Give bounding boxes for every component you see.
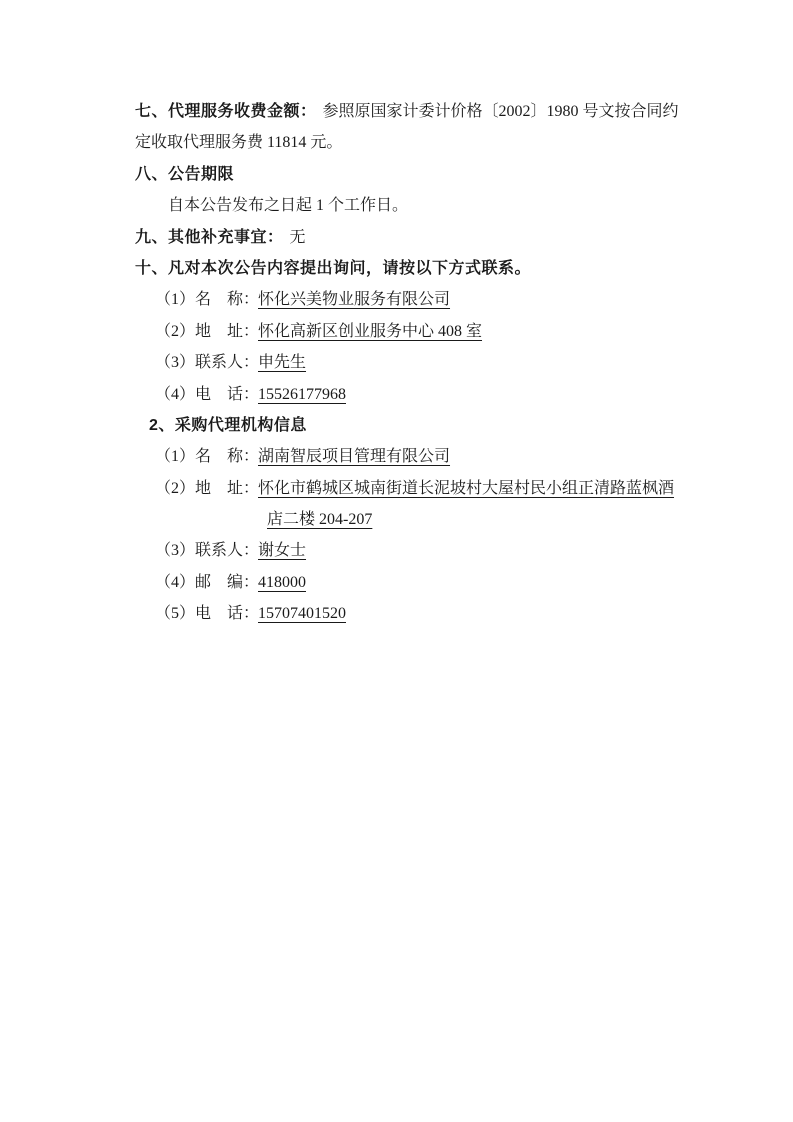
agency-item-name: （1）名 称：湖南智辰项目管理有限公司 <box>135 441 715 472</box>
agency-item-zipcode-label: （4）邮 编： <box>155 567 258 598</box>
agency-item-contact-value: 谢女士 <box>258 542 306 559</box>
purchaser-item-contact-label: （3）联系人： <box>155 347 258 378</box>
section7-line2: 定收取代理服务费 11814 元。 <box>135 127 715 158</box>
section7-heading: 七、代理服务收费金额： <box>135 103 317 120</box>
section8-body-line: 自本公告发布之日起 1 个工作日。 <box>135 190 715 221</box>
agency-item-name-value: 湖南智辰项目管理有限公司 <box>258 448 450 465</box>
agency-item-address-value-line1: 怀化市鹤城区城南街道长泥坡村大屋村民小组正清路蓝枫酒 <box>258 480 674 497</box>
agency-item-phone: （5）电 话：15707401520 <box>135 598 715 629</box>
purchaser-item-contact-value: 申先生 <box>258 354 306 371</box>
agency-item-name-label: （1）名 称： <box>155 441 258 472</box>
agency-heading: 2、采购代理机构信息 <box>149 417 307 434</box>
agency-item-address-label: （2）地 址： <box>155 473 258 504</box>
section7-line1: 七、代理服务收费金额：参照原国家计委计价格〔2002〕1980 号文按合同约 <box>135 96 715 127</box>
agency-item-zipcode: （4）邮 编：418000 <box>135 567 715 598</box>
purchaser-item-name: （1）名 称：怀化兴美物业服务有限公司 <box>135 284 715 315</box>
document-page: 七、代理服务收费金额：参照原国家计委计价格〔2002〕1980 号文按合同约 定… <box>0 0 793 1122</box>
section8-heading-line: 八、公告期限 <box>135 159 715 190</box>
agency-item-address-continuation: 店二楼 204-207 <box>135 504 715 535</box>
section8-heading: 八、公告期限 <box>135 166 234 183</box>
purchaser-item-phone: （4）电 话：15526177968 <box>135 379 715 410</box>
section7-body-line2: 定收取代理服务费 11814 元。 <box>135 134 342 151</box>
section10-heading: 十、凡对本次公告内容提出询问，请按以下方式联系。 <box>135 260 531 277</box>
purchaser-item-address-value: 怀化高新区创业服务中心 408 室 <box>258 323 482 340</box>
agency-item-phone-label: （5）电 话： <box>155 598 258 629</box>
section8-body: 自本公告发布之日起 1 个工作日。 <box>168 197 408 214</box>
section10-heading-line: 十、凡对本次公告内容提出询问，请按以下方式联系。 <box>135 253 715 284</box>
section7-body-line1: 参照原国家计委计价格〔2002〕1980 号文按合同约 <box>323 103 679 120</box>
agency-heading-line: 2、采购代理机构信息 <box>135 410 715 441</box>
agency-item-zipcode-value: 418000 <box>258 574 306 591</box>
agency-item-address-value-line2: 店二楼 204-207 <box>267 511 372 528</box>
purchaser-item-name-value: 怀化兴美物业服务有限公司 <box>258 291 450 308</box>
section9-heading: 九、其他补充事宜： <box>135 229 284 246</box>
purchaser-item-address-label: （2）地 址： <box>155 316 258 347</box>
purchaser-item-name-label: （1）名 称： <box>155 284 258 315</box>
section9-line: 九、其他补充事宜：无 <box>135 222 715 253</box>
agency-item-phone-value: 15707401520 <box>258 605 346 622</box>
purchaser-item-contact: （3）联系人：申先生 <box>135 347 715 378</box>
agency-item-contact: （3）联系人：谢女士 <box>135 535 715 566</box>
purchaser-item-phone-value: 15526177968 <box>258 386 346 403</box>
document-content: 七、代理服务收费金额：参照原国家计委计价格〔2002〕1980 号文按合同约 定… <box>135 96 715 630</box>
agency-item-contact-label: （3）联系人： <box>155 535 258 566</box>
purchaser-item-phone-label: （4）电 话： <box>155 379 258 410</box>
section9-body: 无 <box>290 229 306 246</box>
purchaser-item-address: （2）地 址：怀化高新区创业服务中心 408 室 <box>135 316 715 347</box>
agency-item-address: （2）地 址：怀化市鹤城区城南街道长泥坡村大屋村民小组正清路蓝枫酒 <box>135 473 715 504</box>
